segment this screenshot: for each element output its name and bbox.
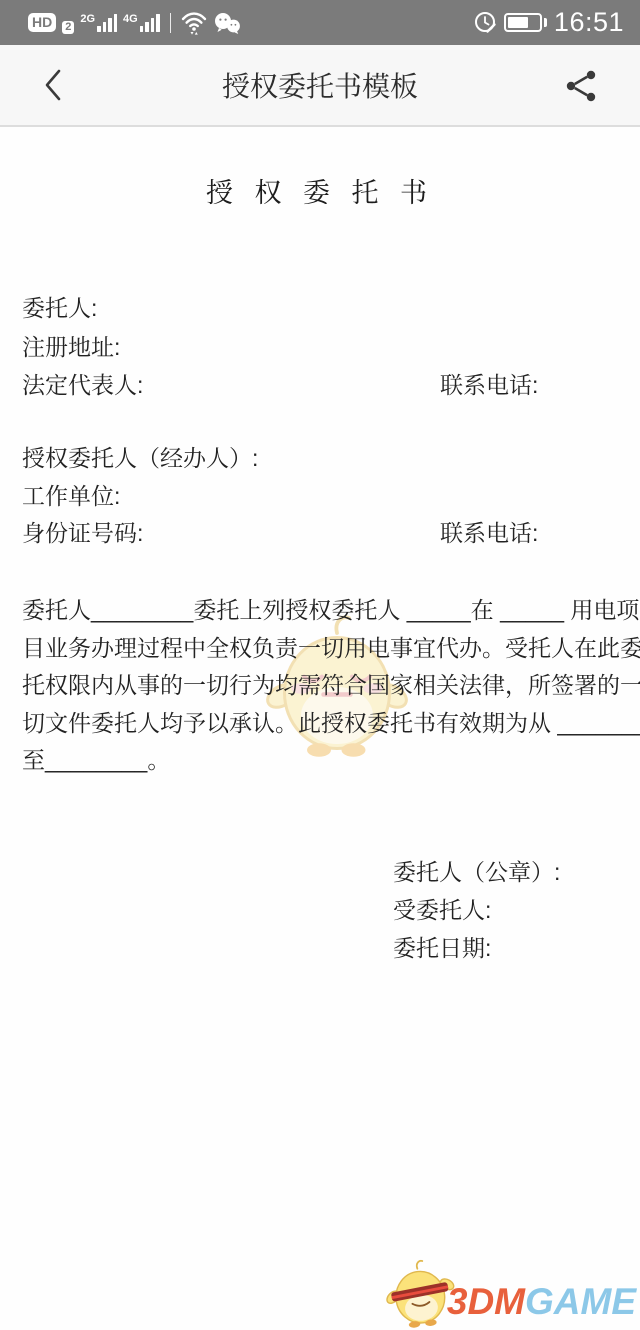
status-divider — [170, 13, 172, 33]
signature-attorney: 受委托人: — [393, 891, 560, 929]
sim2-badge-icon: 2 — [62, 21, 74, 34]
status-bar-left: HD 2 2G 4G — [28, 11, 241, 35]
field-work-unit: 工作单位: — [22, 478, 120, 511]
battery-level — [508, 17, 528, 28]
paragraph-line: 托权限内从事的一切行为均需符合国家相关法律，所签署的一 — [22, 667, 640, 705]
volte-hd-icon: HD — [28, 13, 56, 31]
brand-watermark: 3DMGAME — [377, 1260, 636, 1328]
field-id-number: 身份证号码: 联系电话: — [22, 515, 143, 548]
signature-block: 委托人（公章）: 受委托人: 委托日期: — [393, 853, 560, 967]
status-bar-right: 16:51 — [474, 7, 624, 38]
mascot-chick-icon — [374, 1256, 467, 1330]
wechat-icon — [213, 12, 241, 34]
status-time: 16:51 — [554, 7, 624, 38]
authorization-paragraph: 委托人________委托上列授权委托人 _____在 _____ 用电项 目业… — [22, 592, 640, 780]
wifi-icon — [181, 11, 207, 35]
scheduled-power-icon — [474, 11, 497, 34]
signal-bars — [97, 14, 117, 32]
field-label: 身份证号码: — [22, 520, 143, 546]
field-principal: 委托人: — [22, 290, 97, 323]
signature-date: 委托日期: — [393, 929, 560, 967]
share-icon[interactable] — [564, 69, 598, 103]
signal-bars — [140, 14, 160, 32]
signal-4g-label: 4G — [123, 14, 138, 25]
phone-screen: HD 2 2G 4G — [0, 0, 640, 1330]
field-contact-phone: 联系电话: — [440, 367, 538, 400]
field-authorized-agent: 授权委托人（经办人）: — [22, 440, 258, 473]
field-contact-phone: 联系电话: — [440, 515, 538, 548]
field-legal-representative: 法定代表人: 联系电话: — [22, 367, 143, 400]
signal-4g-icon: 4G — [123, 14, 160, 32]
brand-name: 3DMGAME — [447, 1283, 636, 1328]
paragraph-line: 目业务办理过程中全权负责一切用电事宜代办。受托人在此委 — [22, 630, 640, 668]
status-bar: HD 2 2G 4G — [0, 0, 640, 45]
back-button[interactable] — [44, 69, 62, 101]
paragraph-line: 切文件委托人均予以承认。此授权委托书有效期为从 ________ — [22, 705, 640, 743]
paragraph-line: 委托人________委托上列授权委托人 _____在 _____ 用电项 — [22, 592, 640, 630]
field-registered-address: 注册地址: — [22, 329, 120, 362]
document-title: 授 权 委 托 书 — [0, 171, 640, 210]
signature-principal-seal: 委托人（公章）: — [393, 853, 560, 891]
signal-2g-label: 2G — [80, 14, 95, 25]
field-label: 法定代表人: — [22, 372, 143, 398]
document-view: 授 权 委 托 书 委托人: 注册地址: 法定代表人: 联系电话: 授权委托人（… — [0, 127, 640, 1330]
battery-icon — [504, 13, 547, 32]
app-header: 授权委托书模板 — [0, 45, 640, 127]
paragraph-line: 至________。 — [22, 742, 640, 780]
brand-game-label: GAME — [525, 1281, 636, 1322]
signal-2g-icon: 2G — [80, 14, 117, 32]
page-title: 授权委托书模板 — [0, 65, 640, 105]
